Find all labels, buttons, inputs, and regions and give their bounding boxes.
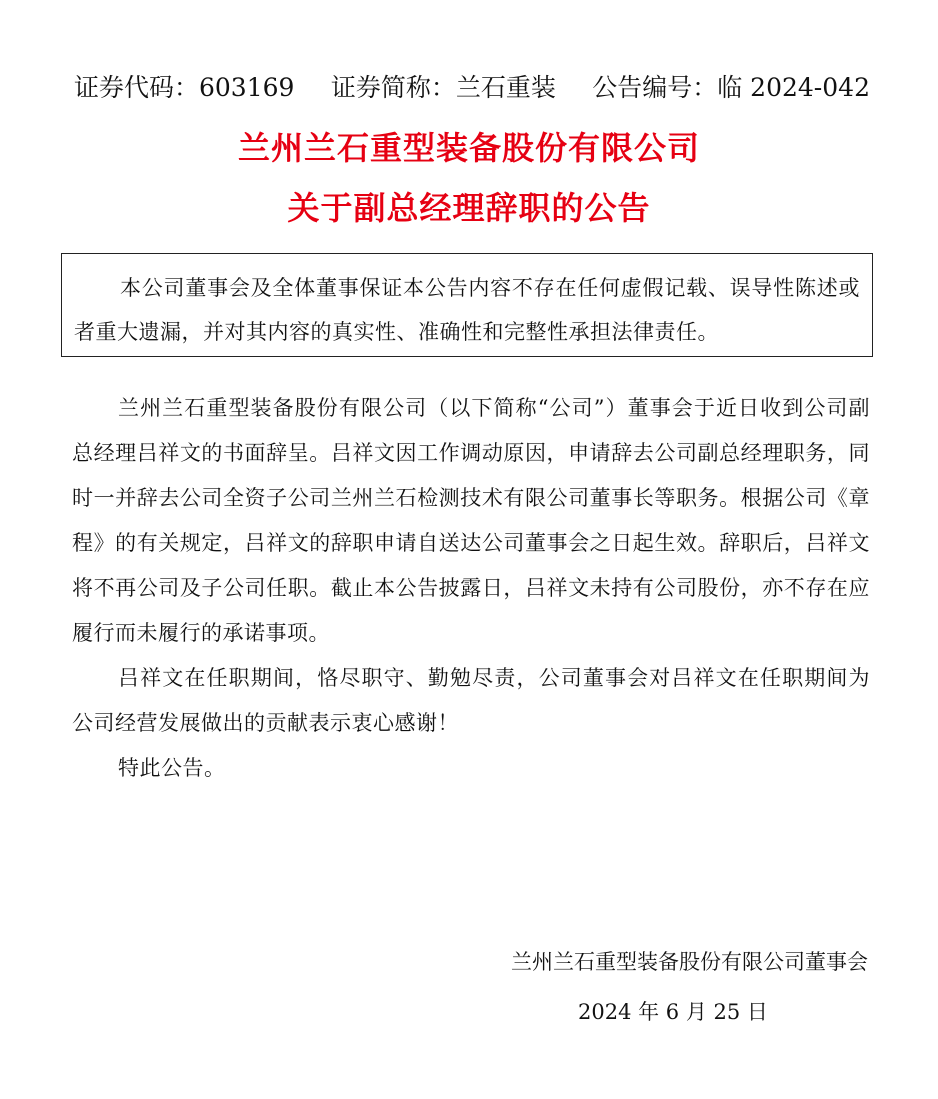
announcement-title: 关于副总经理辞职的公告 [0,186,938,230]
document-header: 证券代码：603169 证券简称：兰石重装 公告编号：临 2024-042 [74,70,870,106]
body-paragraph-1: 兰州兰石重型装备股份有限公司（以下简称“公司”）董事会于近日收到公司副总经理吕祥… [72,386,870,656]
signature-board: 兰州兰石重型装备股份有限公司董事会 [511,948,868,976]
body-paragraph-closing: 特此公告。 [72,746,870,791]
announcement-number: 公告编号：临 2024-042 [592,70,870,106]
disclaimer-text: 本公司董事会及全体董事保证本公告内容不存在任何虚假记载、误导性陈述或者重大遗漏，… [74,266,860,354]
stock-code: 证券代码：603169 [74,70,294,106]
disclaimer-box: 本公司董事会及全体董事保证本公告内容不存在任何虚假记载、误导性陈述或者重大遗漏，… [61,253,873,357]
company-title: 兰州兰石重型装备股份有限公司 [0,126,938,170]
signature-date: 2024 年 6 月 25 日 [578,998,768,1026]
stock-abbreviation: 证券简称：兰石重装 [331,70,556,106]
announcement-body: 兰州兰石重型装备股份有限公司（以下简称“公司”）董事会于近日收到公司副总经理吕祥… [72,386,870,791]
body-paragraph-2: 吕祥文在任职期间，恪尽职守、勤勉尽责，公司董事会对吕祥文在任职期间为公司经营发展… [72,656,870,746]
